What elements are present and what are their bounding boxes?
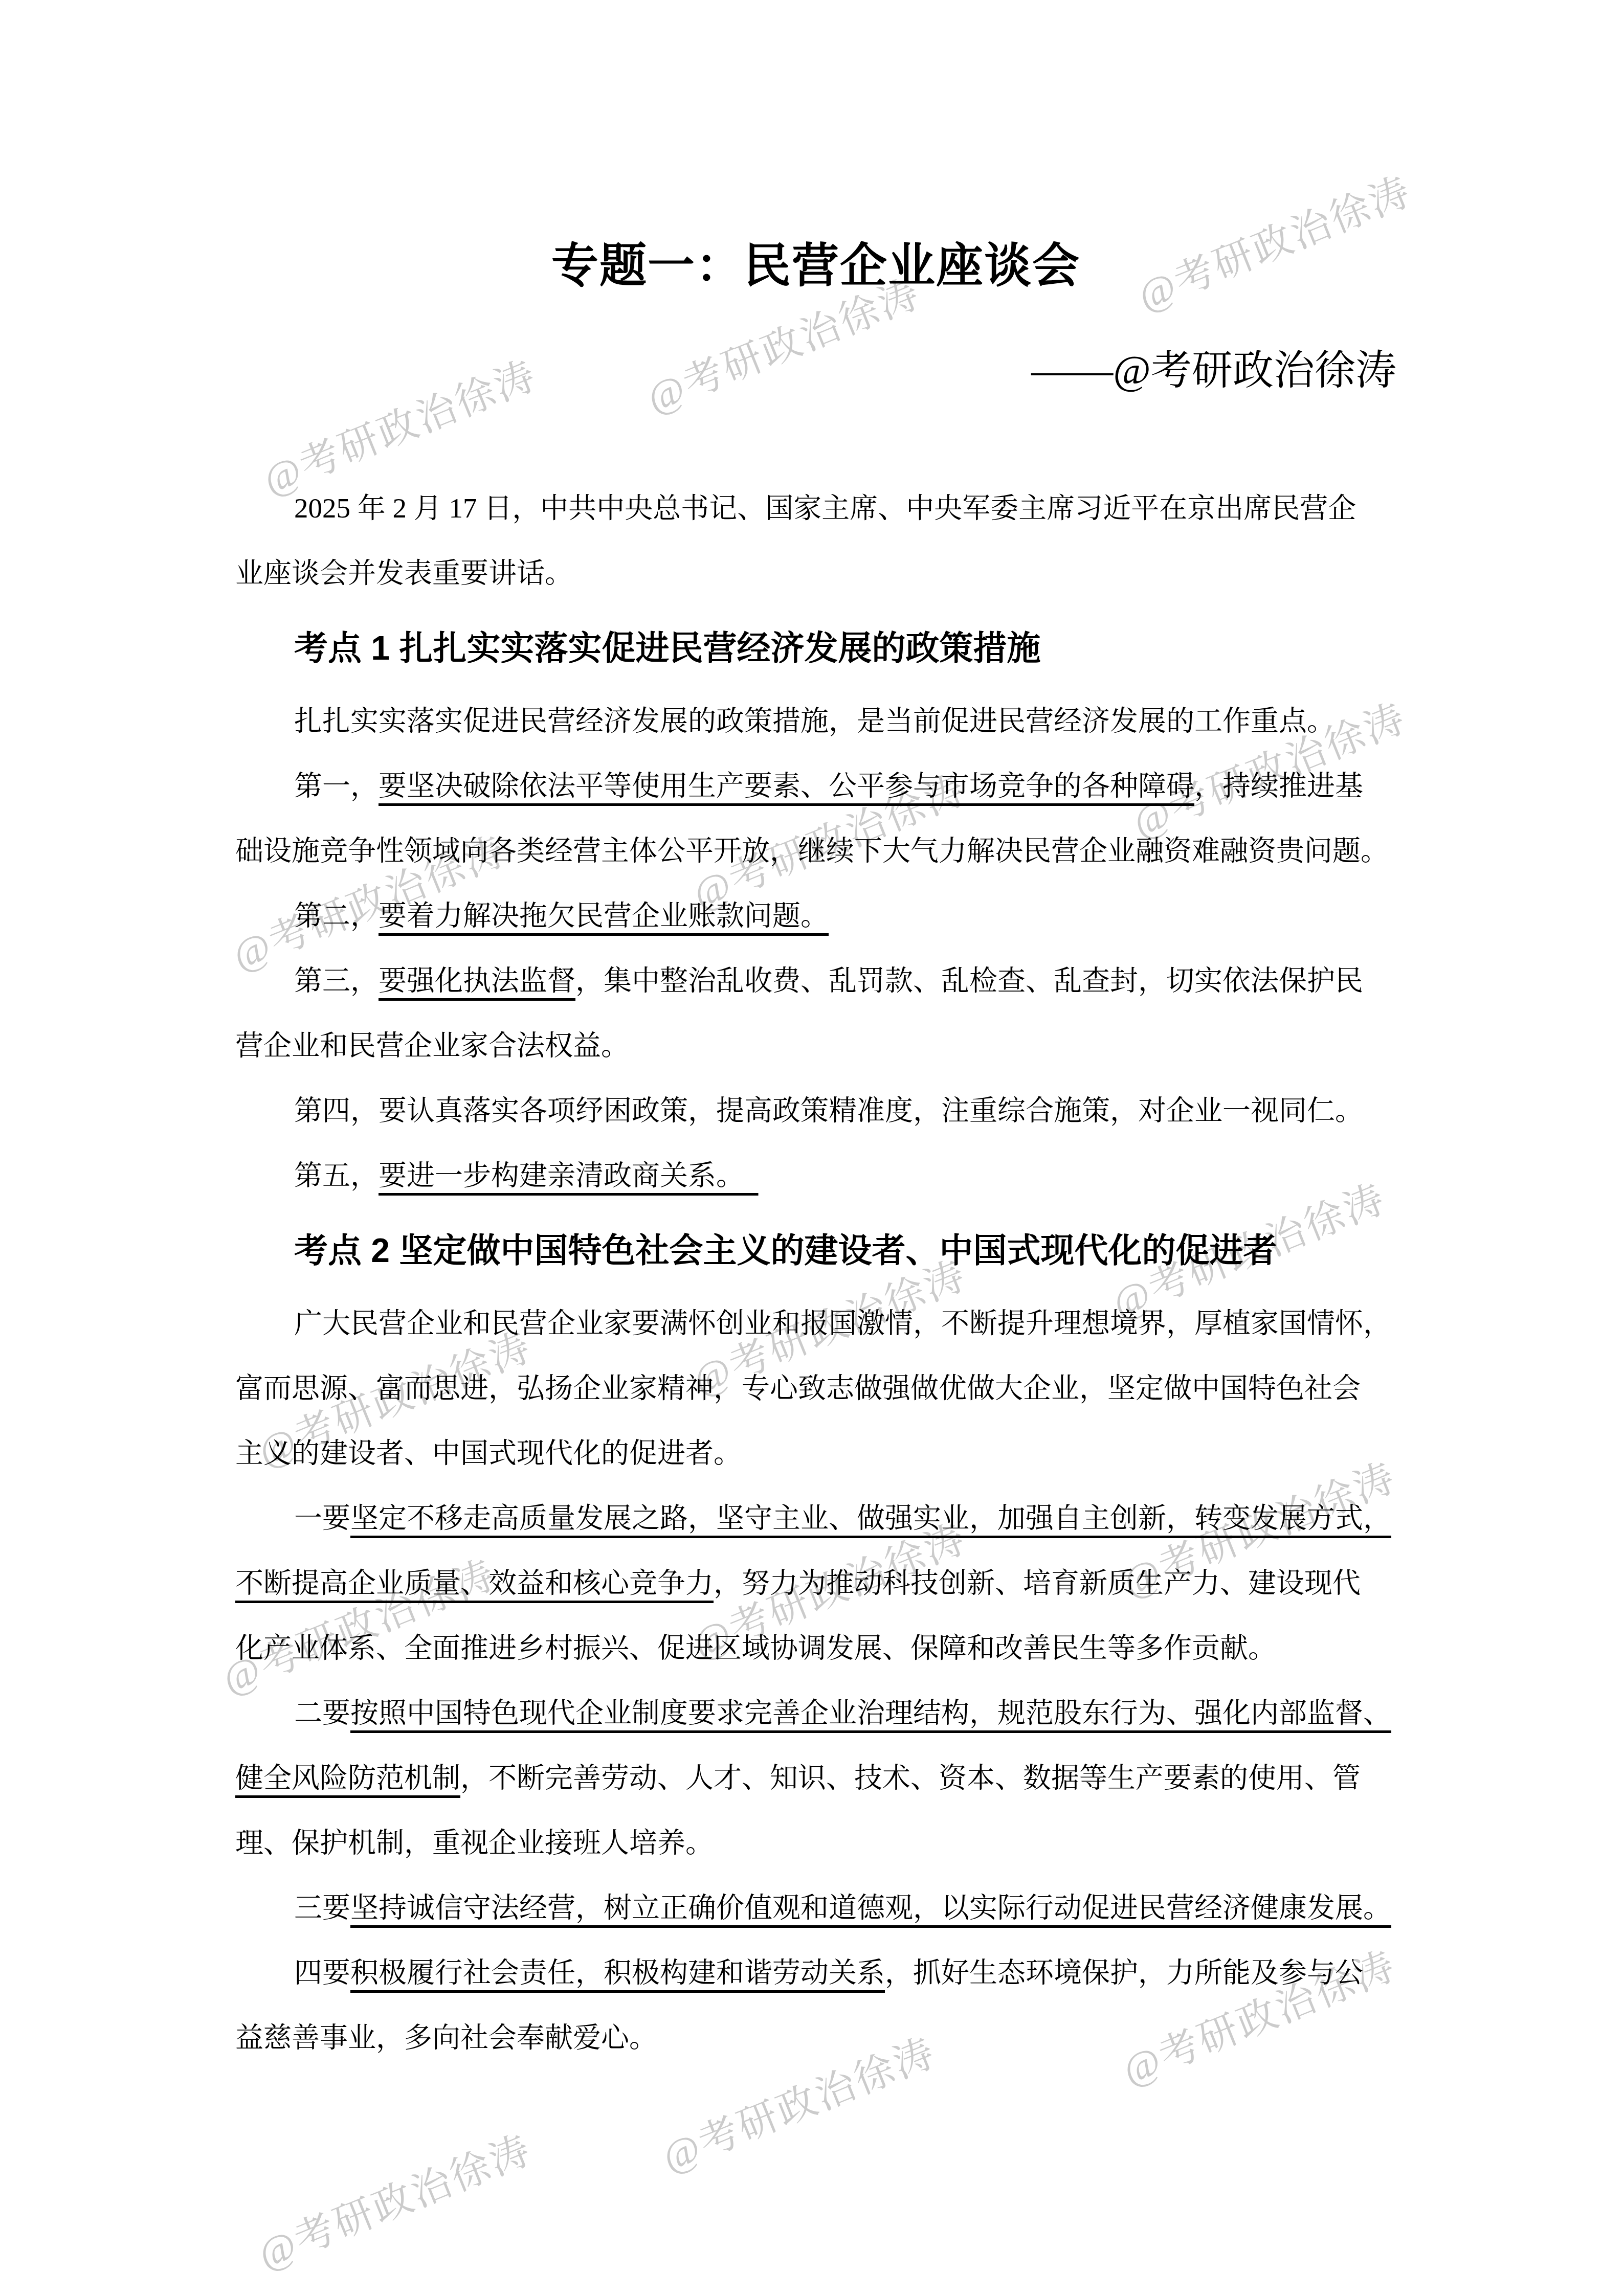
paragraph-line: 广大民营企业和民营企业家要满怀创业和报国激情，不断提升理想境界，厚植家国情怀， bbox=[235, 1291, 1396, 1356]
body-text: ，不断完善劳动、人才、知识、技术、资本、数据等生产要素的使用、管 bbox=[460, 1762, 1361, 1793]
paragraph: 第一，要坚决破除依法平等使用生产要素、公平参与市场竞争的各种障碍，持续推进基础设… bbox=[235, 753, 1396, 883]
document-content: 专题一：民营企业座谈会——@考研政治徐涛2025 年 2 月 17 日，中共中央… bbox=[235, 220, 1396, 2070]
body-text: 第四，要认真落实各项纾困政策，提高政策精准度，注重综合施策，对企业一视同仁。 bbox=[294, 1095, 1363, 1126]
underlined-text: 坚持诚信守法经营，树立正确价值观和道德观，以实际行动促进民营经济健康发展。 bbox=[350, 1892, 1391, 1923]
body-text: 富而思源、富而思进，弘扬企业家精神，专心致志做强做优做大企业，坚定做中国特色社会 bbox=[235, 1372, 1361, 1404]
body-text: 业座谈会并发表重要讲话。 bbox=[235, 557, 573, 589]
underlined-text: 健全风险防范机制 bbox=[235, 1762, 460, 1793]
underlined-text: 要坚决破除依法平等使用生产要素、公平参与市场竞争的各种障碍 bbox=[379, 770, 1194, 801]
paragraph-line: 扎扎实实落实促进民营经济发展的政策措施，是当前促进民营经济发展的工作重点。 bbox=[235, 688, 1396, 753]
underlined-text: 要进一步构建亲清政商关系。 bbox=[379, 1160, 759, 1191]
body-text: 营企业和民营企业家合法权益。 bbox=[235, 1030, 629, 1061]
paragraph-line: 不断提高企业质量、效益和核心竞争力，努力为推动科技创新、培育新质生产力、建设现代 bbox=[235, 1550, 1396, 1615]
section-heading: 考点 1 扎扎实实落实促进民营经济发展的政策措施 bbox=[235, 610, 1396, 686]
paragraph-line: 一要坚定不移走高质量发展之路，坚守主业、做强实业，加强自主创新，转变发展方式， bbox=[235, 1485, 1396, 1550]
paragraph-line: 第三，要强化执法监督，集中整治乱收费、乱罚款、乱检查、乱查封，切实依法保护民 bbox=[235, 948, 1396, 1013]
body-text: 一要 bbox=[294, 1502, 350, 1534]
paragraph: 第五，要进一步构建亲清政商关系。 bbox=[235, 1143, 1396, 1208]
paragraph-line: 三要坚持诚信守法经营，树立正确价值观和道德观，以实际行动促进民营经济健康发展。 bbox=[235, 1875, 1396, 1940]
body-text: 广大民营企业和民营企业家要满怀创业和报国激情，不断提升理想境界，厚植家国情怀， bbox=[294, 1308, 1391, 1339]
body-text: 二要 bbox=[294, 1697, 350, 1728]
paragraph: 第四，要认真落实各项纾困政策，提高政策精准度，注重综合施策，对企业一视同仁。 bbox=[235, 1078, 1396, 1143]
document-page: @考研政治徐涛@考研政治徐涛@考研政治徐涛@考研政治徐涛@考研政治徐涛@考研政治… bbox=[0, 0, 1624, 2296]
body-text: 主义的建设者、中国式现代化的促进者。 bbox=[235, 1437, 742, 1469]
paragraph: 二要按照中国特色现代企业制度要求完善企业治理结构，规范股东行为、强化内部监督、健… bbox=[235, 1680, 1396, 1875]
paragraph-line: 主义的建设者、中国式现代化的促进者。 bbox=[235, 1421, 1396, 1485]
body-text: 扎扎实实落实促进民营经济发展的政策措施，是当前促进民营经济发展的工作重点。 bbox=[294, 705, 1335, 736]
body-text: 第二， bbox=[294, 900, 379, 931]
body-text: 化产业体系、全面推进乡村振兴、促进区域协调发展、保障和改善民生等多作贡献。 bbox=[235, 1632, 1276, 1663]
paragraph: 广大民营企业和民营企业家要满怀创业和报国激情，不断提升理想境界，厚植家国情怀，富… bbox=[235, 1291, 1396, 1485]
underlined-text: 积极履行社会责任，积极构建和谐劳动关系 bbox=[350, 1957, 885, 1988]
body-text: 三要 bbox=[294, 1892, 350, 1923]
section-heading: 考点 2 坚定做中国特色社会主义的建设者、中国式现代化的促进者 bbox=[235, 1212, 1396, 1289]
body-text: ，持续推进基 bbox=[1194, 770, 1363, 801]
body-text: 四要 bbox=[294, 1957, 350, 1988]
underlined-text: 要强化执法监督 bbox=[379, 965, 575, 996]
body-text: 第三， bbox=[294, 965, 379, 996]
watermark-text: @考研政治徐涛 bbox=[249, 2118, 539, 2280]
paragraph: 2025 年 2 月 17 日，中共中央总书记、国家主席、中央军委主席习近平在京… bbox=[235, 476, 1396, 605]
page-title: 专题一：民营企业座谈会 bbox=[235, 220, 1396, 312]
paragraph-line: 四要积极履行社会责任，积极构建和谐劳动关系，抓好生态环境保护，力所能及参与公 bbox=[235, 1940, 1396, 2005]
paragraph-line: 健全风险防范机制，不断完善劳动、人才、知识、技术、资本、数据等生产要素的使用、管 bbox=[235, 1745, 1396, 1810]
body-text: ，努力为推动科技创新、培育新质生产力、建设现代 bbox=[714, 1567, 1361, 1599]
paragraph: 一要坚定不移走高质量发展之路，坚守主业、做强实业，加强自主创新，转变发展方式，不… bbox=[235, 1485, 1396, 1680]
body-text: 理、保护机制，重视企业接班人培养。 bbox=[235, 1827, 714, 1858]
paragraph: 第二，要着力解决拖欠民营企业账款问题。 bbox=[235, 883, 1396, 948]
paragraph-line: 化产业体系、全面推进乡村振兴、促进区域协调发展、保障和改善民生等多作贡献。 bbox=[235, 1615, 1396, 1680]
underlined-text: 坚定不移走高质量发展之路，坚守主业、做强实业，加强自主创新，转变发展方式， bbox=[350, 1502, 1391, 1534]
body-text: 第一， bbox=[294, 770, 379, 801]
paragraph-line: 二要按照中国特色现代企业制度要求完善企业治理结构，规范股东行为、强化内部监督、 bbox=[235, 1680, 1396, 1745]
paragraph: 扎扎实实落实促进民营经济发展的政策措施，是当前促进民营经济发展的工作重点。 bbox=[235, 688, 1396, 753]
body-text: 益慈善事业，多向社会奉献爱心。 bbox=[235, 2022, 657, 2053]
paragraph-line: 理、保护机制，重视企业接班人培养。 bbox=[235, 1810, 1396, 1875]
underlined-text: 不断提高企业质量、效益和核心竞争力 bbox=[235, 1567, 714, 1599]
paragraph-line: 业座谈会并发表重要讲话。 bbox=[235, 541, 1396, 605]
paragraph-line: 益慈善事业，多向社会奉献爱心。 bbox=[235, 2005, 1396, 2070]
paragraph-line: 第二，要着力解决拖欠民营企业账款问题。 bbox=[235, 883, 1396, 948]
body-text: ，集中整治乱收费、乱罚款、乱检查、乱查封，切实依法保护民 bbox=[575, 965, 1363, 996]
paragraph-line: 第一，要坚决破除依法平等使用生产要素、公平参与市场竞争的各种障碍，持续推进基 bbox=[235, 753, 1396, 818]
paragraph-line: 富而思源、富而思进，弘扬企业家精神，专心致志做强做优做大企业，坚定做中国特色社会 bbox=[235, 1356, 1396, 1421]
underlined-text: 要着力解决拖欠民营企业账款问题。 bbox=[379, 900, 829, 931]
paragraph-line: 2025 年 2 月 17 日，中共中央总书记、国家主席、中央军委主席习近平在京… bbox=[235, 476, 1396, 541]
body-text: 础设施竞争性领域向各类经营主体公平开放，继续下大气力解决民营企业融资难融资贵问题… bbox=[235, 835, 1389, 866]
paragraph-line: 第四，要认真落实各项纾困政策，提高政策精准度，注重综合施策，对企业一视同仁。 bbox=[235, 1078, 1396, 1143]
paragraph: 三要坚持诚信守法经营，树立正确价值观和道德观，以实际行动促进民营经济健康发展。 bbox=[235, 1875, 1396, 1940]
byline: ——@考研政治徐涛 bbox=[235, 332, 1396, 409]
paragraph-line: 营企业和民营企业家合法权益。 bbox=[235, 1013, 1396, 1078]
paragraph-line: 础设施竞争性领域向各类经营主体公平开放，继续下大气力解决民营企业融资难融资贵问题… bbox=[235, 818, 1396, 883]
body-text: ，抓好生态环境保护，力所能及参与公 bbox=[885, 1957, 1363, 1988]
paragraph-line: 第五，要进一步构建亲清政商关系。 bbox=[235, 1143, 1396, 1208]
underlined-text: 按照中国特色现代企业制度要求完善企业治理结构，规范股东行为、强化内部监督、 bbox=[350, 1697, 1391, 1728]
paragraph: 第三，要强化执法监督，集中整治乱收费、乱罚款、乱检查、乱查封，切实依法保护民营企… bbox=[235, 948, 1396, 1078]
body-text: 2025 年 2 月 17 日，中共中央总书记、国家主席、中央军委主席习近平在京… bbox=[294, 492, 1356, 524]
paragraph: 四要积极履行社会责任，积极构建和谐劳动关系，抓好生态环境保护，力所能及参与公益慈… bbox=[235, 1940, 1396, 2070]
body-text: 第五， bbox=[294, 1160, 379, 1191]
